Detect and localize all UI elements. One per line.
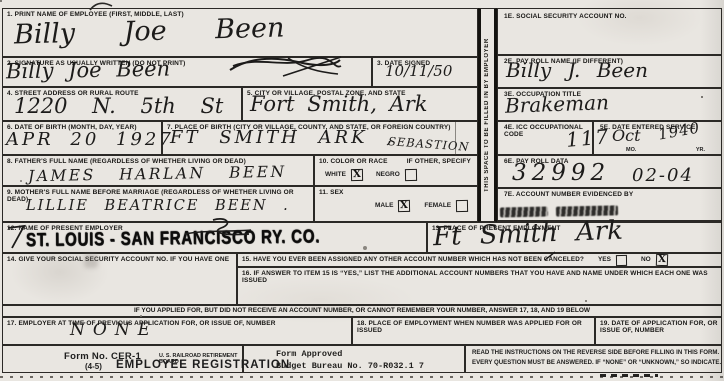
month-sublabel: MO.: [626, 147, 636, 153]
footer-approval-section: Form Approved Budget Bureau No. 70-R032.…: [243, 345, 465, 373]
field-date-of-application-label: 19. DATE OF APPLICATION FOR, OR ISSUE OF…: [596, 318, 721, 335]
obliterated-stamp-segment: [556, 205, 618, 216]
if-other-specify-label: IF OTHER, SPECIFY: [403, 156, 477, 165]
pen-slash-mark: [6, 222, 28, 250]
employer-stamp: ST. LOUIS - SAN FRANCISCO RY. CO.: [26, 227, 320, 250]
field-account-evidenced-by-label: 7E. ACCOUNT NUMBER EVIDENCED BY: [498, 189, 721, 198]
handwritten-street: 1220 N. 5th St: [14, 94, 223, 118]
stray-pen-mark: [88, 0, 114, 12]
handwritten-birth-place: FT SMITH ARK ,: [170, 127, 395, 148]
handwritten-none: NONE: [70, 320, 158, 340]
field-date-of-application: 19. DATE OF APPLICATION FOR, OR ISSUE OF…: [595, 317, 722, 345]
field-place-when-applied-label: 18. PLACE OF EMPLOYMENT WHEN NUMBER WAS …: [353, 318, 594, 335]
banner-text: IF YOU APPLIED FOR, BUT DID NOT RECEIVE …: [3, 306, 721, 316]
handwritten-payroll-name: Billy J. Been: [506, 58, 648, 82]
field-color-or-race: 10. COLOR OR RACE IF OTHER, SPECIFY WHIT…: [314, 155, 478, 186]
handwritten-signature: Billy Joe Been: [6, 57, 171, 84]
male-label: MALE: [375, 200, 393, 212]
no-checkbox: X: [656, 254, 668, 266]
instructions-line-2: EVERY QUESTION MUST BE ANSWERED. IF “NON…: [472, 360, 721, 366]
handwritten-payroll-data: 32992: [512, 160, 610, 186]
banner-row: IF YOU APPLIED FOR, BUT DID NOT RECEIVE …: [2, 305, 722, 317]
form-approved-line: Form Approved: [276, 349, 342, 359]
field-previous-employer-label: 17. EMPLOYER AT TIME OF PREVIOUS APPLICA…: [3, 318, 351, 327]
footer-instructions-section: READ THE INSTRUCTIONS ON THE REVERSE SID…: [465, 345, 722, 373]
field-ssn-if-any-label: 14. GIVE YOUR SOCIAL SECURITY ACCOUNT NO…: [3, 254, 236, 263]
employer-space-strip-label: THIS SPACE TO BE FILLED IN BY EMPLOYER: [481, 9, 494, 221]
field-sex: 11. SEX MALE X FEMALE: [314, 186, 478, 222]
budget-bureau-number: Budget Bureau No. 70-R032.1 7: [276, 361, 424, 371]
handwritten-service-month: Oct: [612, 126, 641, 145]
field-previous-employer: 17. EMPLOYER AT TIME OF PREVIOUS APPLICA…: [2, 317, 352, 345]
form-edition: (4-5): [85, 362, 102, 371]
field-ssn-employer: 1E. SOCIAL SECURITY ACCOUNT NO.: [497, 8, 722, 55]
employer-space-strip: THIS SPACE TO BE FILLED IN BY EMPLOYER: [478, 8, 497, 222]
handwritten-date-signed: 10/11/50: [385, 62, 452, 80]
handwritten-birth-date: APR 20 1927: [6, 129, 174, 150]
male-checkbox: X: [398, 200, 410, 212]
field-place-when-applied: 18. PLACE OF EMPLOYMENT WHEN NUMBER WAS …: [352, 317, 595, 345]
handwritten-city-state: Fort Smith, Ark: [250, 92, 427, 116]
signature-strikeout-scribble: [228, 54, 343, 80]
field-sex-label: 11. SEX: [315, 187, 477, 196]
employer-stamp-scribble: [183, 216, 253, 238]
no-label: NO: [641, 254, 651, 266]
handwritten-icc-code: 117: [565, 124, 611, 152]
field-other-account-question-label: 15. HAVE YOU EVER BEEN ASSIGNED ANY OTHE…: [242, 256, 584, 263]
female-checkbox: [456, 200, 468, 212]
negro-label: NEGRO: [376, 169, 400, 181]
year-sublabel: YR.: [696, 147, 705, 153]
female-label: FEMALE: [424, 200, 451, 212]
field-ssn-employer-label: 1E. SOCIAL SECURITY ACCOUNT NO.: [498, 9, 721, 20]
field-ssn-if-any: 14. GIVE YOUR SOCIAL SECURITY ACCOUNT NO…: [2, 253, 237, 305]
handwritten-occupation: Brakeman: [505, 90, 610, 118]
white-label: WHITE: [325, 169, 346, 181]
instructions-line-1: READ THE INSTRUCTIONS ON THE REVERSE SID…: [472, 350, 719, 356]
field-other-account-question: 15. HAVE YOU EVER BEEN ASSIGNED ANY OTHE…: [237, 253, 722, 267]
handwritten-mother-name: LILLIE BEATRICE BEEN .: [26, 198, 290, 214]
scanned-form-employee-registration: 1. PRINT NAME OF EMPLOYEE (FIRST, MIDDLE…: [0, 0, 724, 381]
footer-form-id-section: Form No. CER-1 (4-5) U. S. RAILROAD RETI…: [2, 345, 243, 373]
field-color-or-race-label: 10. COLOR OR RACE: [315, 156, 391, 165]
negro-checkbox: [405, 169, 417, 181]
handwritten-payroll-data-2: 02-04: [632, 165, 694, 186]
yes-label: YES: [598, 254, 611, 266]
field-additional-accounts-label: 16. IF ANSWER TO ITEM 15 IS “YES,” LIST …: [238, 268, 721, 285]
field-additional-accounts: 16. IF ANSWER TO ITEM 15 IS “YES,” LIST …: [237, 267, 722, 305]
perforation-dark-segment: [600, 374, 658, 377]
obliterated-stamp-segment: [500, 206, 548, 217]
pen-tick-before-yes: [543, 250, 557, 262]
yes-checkbox: [616, 254, 627, 265]
white-checkbox: X: [351, 169, 363, 181]
scan-noise-specks: [0, 0, 2, 2]
